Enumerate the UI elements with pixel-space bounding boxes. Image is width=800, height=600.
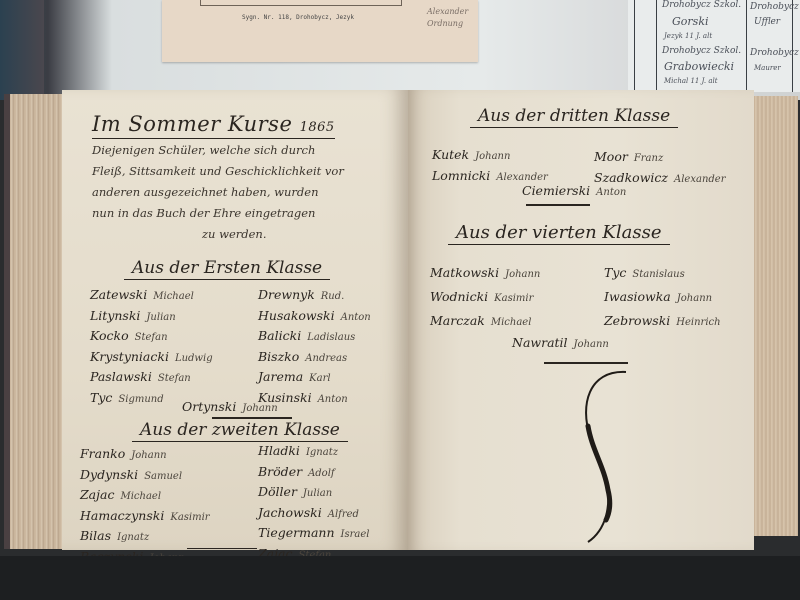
text: Stefan: [135, 332, 168, 343]
text: Alexander: [496, 172, 547, 183]
student-name: BiszkoAndreas: [258, 348, 371, 369]
divider: [187, 548, 257, 549]
ledger-cell: Drohobycz: [750, 48, 799, 58]
text: Tiegermann: [258, 525, 335, 540]
ledger-cell: Maurer: [754, 64, 781, 72]
text: Ignatz: [117, 532, 149, 543]
document-frame: [200, 0, 402, 6]
student-name: MatkowskiJohann: [430, 262, 540, 286]
background-ledger: Drohobycz Szkol. Drohobycz Gorski Uffler…: [628, 0, 800, 92]
page-title: Im Sommer Kurse 1865: [92, 112, 335, 139]
text: Ignatz: [306, 447, 338, 458]
text: Michael: [153, 291, 194, 302]
text: Tyc: [90, 390, 112, 405]
student-name: TycStanislaus: [604, 262, 721, 286]
text: Lomnicki: [432, 168, 490, 183]
text: Heinrich: [676, 317, 720, 328]
text: Ladislaus: [307, 332, 355, 343]
section-heading-fourth-class: Aus der vierten Klasse: [448, 222, 670, 245]
text: Bröder: [258, 464, 302, 479]
divider: [544, 362, 628, 364]
text: nun in das Buch der Ehre eingetragen: [92, 203, 344, 224]
student-name: BröderAdolf: [258, 463, 369, 484]
student-name: MarczakMichael: [430, 310, 540, 334]
text: Zatewski: [90, 287, 147, 302]
ledger-rule: [746, 0, 747, 92]
text: Hamaczynski: [80, 508, 164, 523]
text: Nawratil: [512, 335, 568, 350]
text: Johann: [242, 403, 277, 414]
student-name: KutekJohann: [432, 146, 548, 167]
student-name: PaslawskiStefan: [90, 368, 213, 389]
text: zu werden.: [92, 224, 344, 245]
first-class-left-column: ZatewskiMichael LitynskiJulian KockoStef…: [90, 286, 213, 409]
text: Julian: [146, 312, 175, 323]
student-name: JaremaKarl: [258, 368, 371, 389]
case-frame: [0, 0, 44, 100]
text: Karl: [309, 373, 330, 384]
student-name: DrewnykRud.: [258, 286, 371, 307]
text: Adolf: [308, 468, 335, 479]
open-book: Im Sommer Kurse 1865 Diejenigen Schüler,…: [0, 86, 800, 556]
ledger-rule: [792, 0, 793, 92]
text: Husakowski: [258, 308, 335, 323]
document-signature: Alexander Ordnung: [427, 6, 468, 30]
text: Johann: [505, 269, 540, 280]
text: Dydynski: [80, 467, 138, 482]
text: Sigmund: [118, 394, 163, 405]
student-name: BilasIgnatz: [80, 527, 210, 548]
text: Bilas: [80, 528, 111, 543]
text: Zajac: [80, 487, 114, 502]
text: Johann: [475, 151, 510, 162]
text: Drewnyk: [258, 287, 315, 302]
text: Anton: [341, 312, 371, 323]
text: Johann: [574, 339, 609, 350]
student-name: KrystyniackiLudwig: [90, 348, 213, 369]
text: Ciemierski: [522, 183, 590, 198]
student-name: WodnickiKasimir: [430, 286, 540, 310]
student-name-centered: CiemierskiAnton: [522, 182, 626, 203]
ledger-cell: Drohobycz Szkol.: [662, 0, 741, 10]
display-case-base: [0, 556, 800, 600]
divider: [526, 204, 590, 206]
text: Anton: [318, 394, 348, 405]
fourth-class-left-column: MatkowskiJohann WodnickiKasimir MarczakM…: [430, 262, 540, 334]
text: Krystyniacki: [90, 349, 169, 364]
right-page: Aus der dritten Klasse KutekJohann Lomni…: [408, 90, 754, 550]
student-name: KockoStefan: [90, 327, 213, 348]
ledger-cell: Grabowiecki: [664, 60, 734, 73]
text: Johann: [677, 293, 712, 304]
text: Marczak: [430, 313, 485, 328]
ledger-cell: Gorski: [672, 15, 709, 28]
student-name-centered: OrtynskiJohann: [182, 398, 278, 419]
ledger-rule: [634, 0, 635, 92]
student-name: FrankoJohann: [80, 445, 210, 466]
text: Andreas: [305, 353, 347, 364]
ledger-cell: Drohobycz Szkol.: [662, 46, 741, 56]
student-name: BalickiLadislaus: [258, 327, 371, 348]
text: Alfred: [328, 509, 359, 520]
text: Kasimir: [170, 512, 209, 523]
background-document: Sygn. Nr. 118, Drohobycz, Jezyk Alexande…: [162, 0, 478, 62]
ledger-cell: Drohobycz: [750, 2, 799, 12]
student-name: TiegermannIsrael: [258, 524, 369, 545]
student-name: IwasiowkaJohann: [604, 286, 721, 310]
text: Hladki: [258, 443, 300, 458]
student-name: LitynskiJulian: [90, 307, 213, 328]
text: Anton: [596, 187, 626, 198]
student-name: ZajacMichael: [80, 486, 210, 507]
text: Balicki: [258, 328, 301, 343]
first-class-right-column: DrewnykRud. HusakowskiAnton BalickiLadis…: [258, 286, 371, 409]
text: Diejenigen Schüler, welche sich durch: [92, 140, 344, 161]
text: Moor: [594, 149, 628, 164]
student-name: ZebrowskiHeinrich: [604, 310, 721, 334]
student-name: MoorFranz: [594, 148, 725, 169]
text: Im Sommer Kurse: [92, 112, 292, 136]
fourth-class-right-column: TycStanislaus IwasiowkaJohann ZebrowskiH…: [604, 262, 721, 334]
student-name: DöllerJulian: [258, 483, 369, 504]
text: Kasimir: [494, 293, 533, 304]
text: Zebrowski: [604, 313, 670, 328]
text: Kocko: [90, 328, 129, 343]
text: Tyc: [604, 265, 626, 280]
text: Alexander: [427, 6, 468, 18]
text: Litynski: [90, 308, 140, 323]
text: Johann: [131, 450, 166, 461]
student-name: HladkiIgnatz: [258, 442, 369, 463]
student-name: DydynskiSamuel: [80, 466, 210, 487]
student-name: ZatewskiMichael: [90, 286, 213, 307]
text: Julian: [303, 488, 332, 499]
third-class-left-column: KutekJohann LomnickiAlexander: [432, 146, 548, 187]
text: Paslawski: [90, 369, 152, 384]
text: Jachowski: [258, 505, 322, 520]
text: Ludwig: [175, 353, 213, 364]
text: Iwasiowka: [604, 289, 671, 304]
text: Franz: [634, 153, 663, 164]
page-edges-right: [752, 96, 798, 536]
document-stamp: Sygn. Nr. 118, Drohobycz, Jezyk: [242, 14, 354, 21]
student-name: HamaczynskiKasimir: [80, 507, 210, 528]
text: Ordnung: [427, 18, 468, 30]
text: Israel: [341, 529, 370, 540]
section-heading-second-class: Aus der zweiten Klasse: [132, 420, 348, 442]
student-name-centered: NawratilJohann: [512, 334, 609, 355]
text: Michael: [120, 491, 161, 502]
student-name: HusakowskiAnton: [258, 307, 371, 328]
ledger-cell: Michal 11 J. alt: [664, 77, 718, 85]
ledger-cell: Jezyk 11 J. alt: [664, 32, 712, 40]
text: Michael: [491, 317, 532, 328]
left-page: Im Sommer Kurse 1865 Diejenigen Schüler,…: [62, 90, 408, 550]
student-name: JachowskiAlfred: [258, 504, 369, 525]
text: Rud.: [321, 291, 345, 302]
page-edges-left: [4, 94, 68, 549]
title-year: 1865: [300, 120, 335, 135]
text: Kutek: [432, 147, 469, 162]
text: Stefan: [158, 373, 191, 384]
text: Döller: [258, 484, 297, 499]
text: Franko: [80, 446, 125, 461]
text: anderen ausgezeichnet haben, wurden: [92, 182, 344, 203]
text: Wodnicki: [430, 289, 488, 304]
text: Biszko: [258, 349, 299, 364]
text: Ortynski: [182, 399, 236, 414]
section-heading-third-class: Aus der dritten Klasse: [470, 106, 678, 128]
text: Fleiß, Sittsamkeit und Geschicklichkeit …: [92, 161, 344, 182]
text: Samuel: [144, 471, 182, 482]
intro-paragraph: Diejenigen Schüler, welche sich durch Fl…: [92, 140, 344, 245]
closing-flourish-icon: [568, 366, 638, 546]
ledger-rule: [656, 0, 657, 92]
text: Jarema: [258, 369, 303, 384]
text: Matkowski: [430, 265, 499, 280]
text: Stanislaus: [632, 269, 684, 280]
section-heading-first-class: Aus der Ersten Klasse: [124, 258, 330, 280]
text: Alexander: [674, 174, 725, 185]
divider: [212, 417, 292, 419]
ledger-cell: Uffler: [754, 17, 780, 27]
